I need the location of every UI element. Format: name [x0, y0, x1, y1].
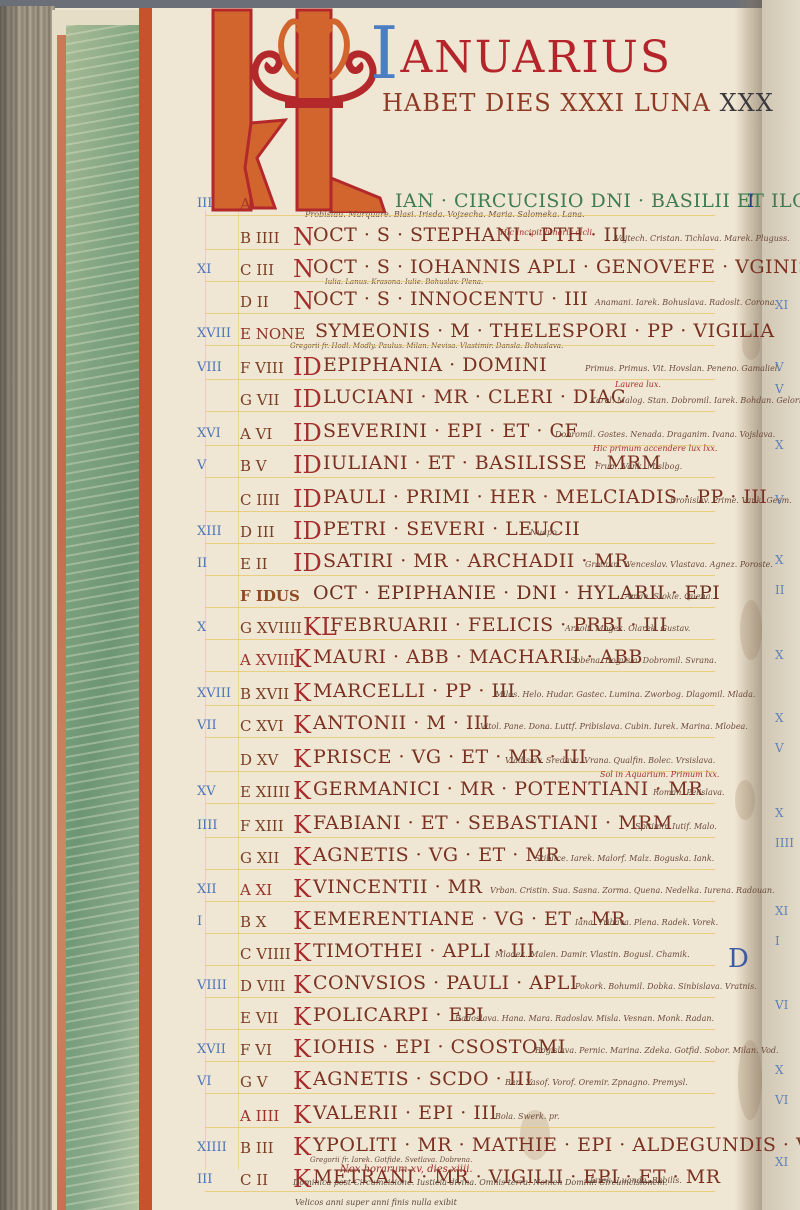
golden-number: XVII	[197, 1042, 237, 1057]
calendar-row-day-20: IIII F XIII K FABIANI · ET · SEBASTIANI …	[195, 810, 755, 840]
dominical-letter: A VI	[240, 425, 272, 443]
calendar-marker: K	[293, 1035, 311, 1063]
feast-entry: IOHIS · EPI · CSOSTOMI	[313, 1036, 566, 1058]
facing-page-numeral: V	[775, 360, 784, 374]
dominical-letter: E II	[240, 555, 268, 573]
ruling-line	[205, 1127, 715, 1128]
marginal-gloss: Gregorii fr. Iarek. Gotfide. Svetlava. D…	[310, 1156, 472, 1164]
ruling-line	[205, 671, 715, 672]
calendar-row-day-12: II E II ID SATIRI · MR · ARCHADII · MR G…	[195, 548, 755, 578]
calendar-marker: K	[293, 679, 311, 707]
facing-page-numeral: II	[775, 583, 784, 597]
calendar-row-day-2: B IIII N OCT · S · STEPHANI · PTH · III …	[195, 222, 755, 252]
facing-page-numeral: V	[775, 493, 784, 507]
calendar-marker: K	[293, 875, 311, 903]
ruling-line	[205, 901, 715, 902]
ruling-line	[205, 1191, 715, 1192]
facing-page-numeral: XI	[775, 298, 788, 312]
marginal-gloss: Vojtech. Cristan. Tichlava. Marek. Plugu…	[615, 234, 790, 243]
dominical-letter: A	[240, 195, 251, 213]
dominical-letter: D III	[240, 523, 275, 541]
dominical-letter: B III	[240, 1139, 274, 1157]
facing-page-numeral: X	[775, 553, 784, 567]
rubric-note: Laurea lux.	[615, 380, 661, 389]
facing-page-numeral: X	[775, 711, 784, 725]
marginal-gloss: Vladislav. Sredava. Vrana. Qualfin. Bole…	[505, 756, 715, 765]
facing-page-numeral: X	[775, 1063, 784, 1077]
facing-page-numeral: IIII	[775, 836, 794, 850]
marginal-gloss: Mladek. Malen. Damir. Vlastin. Bogusl. C…	[495, 950, 690, 959]
dominical-letter: D II	[240, 293, 269, 311]
calendar-row-day-29: A IIII K VALERII · EPI · III Bola. Swerk…	[195, 1100, 755, 1130]
dominical-letter: E NONE	[240, 325, 305, 343]
calendar-row-day-3: XI C III N OCT · S · IOHANNIS APLI · GEN…	[195, 254, 755, 284]
marginal-gloss: Vitol. Pane. Dona. Luttf. Pribislava. Cu…	[480, 722, 748, 731]
ruling-line	[205, 869, 715, 870]
calendar-marker: N	[293, 223, 314, 251]
dominical-letter: B X	[240, 913, 266, 931]
golden-number: VIII	[197, 360, 237, 375]
calendar-marker: ID	[293, 353, 322, 381]
dominical-letter: G V	[240, 1073, 268, 1091]
dominical-letter: A IIII	[240, 1107, 279, 1125]
calendar-marker: ID	[293, 485, 322, 513]
calendar-row-day-15: A XVIII K MAURI · ABB · MACHARII · ABB S…	[195, 644, 755, 674]
calendar-row-day-23: I B X K EMERENTIANE · VG · ET · MR Iana.…	[195, 906, 755, 936]
feast-entry: CONVSIOS · PAULI · APLI	[313, 972, 578, 994]
dominical-letter: D XV	[240, 751, 278, 769]
calendar-marker: ID	[293, 549, 322, 577]
golden-number: XVIII	[197, 326, 237, 341]
calendar-row-day-19: XV E XIIII K GERMANICI · MR · POTENTIANI…	[195, 776, 755, 806]
ruling-line	[205, 639, 715, 640]
dominical-letter: G VII	[240, 391, 279, 409]
golden-number: XV	[197, 784, 237, 799]
calendar-marker: K	[293, 1133, 311, 1161]
feast-entry: YPOLITI · MR · MATHIE · EPI · ALDEGUNDIS…	[313, 1134, 800, 1156]
dominical-letter: B V	[240, 457, 267, 475]
rubric-note: Hic primum accendere lux lxx.	[593, 444, 717, 453]
marginal-gloss: Karel. Malog. Stan. Dobromil. Iarek. Boh…	[590, 396, 800, 405]
footer-text-line: Velicos anni super anni finis nulla exib…	[295, 1198, 457, 1207]
calendar-marker: K	[293, 811, 311, 839]
dominical-letter: F XIII	[240, 817, 284, 835]
marginal-gloss: Grotaun. Wenceslav. Vlastava. Agnez. Por…	[585, 560, 773, 569]
ruling-line	[205, 411, 715, 412]
ruling-line	[205, 1061, 715, 1062]
feast-entry: OCT · S · INNOCENTU · III	[313, 288, 588, 310]
marginal-gloss: Iana. Tribava. Plena. Radek. Vorek.	[575, 918, 718, 927]
ruling-line	[205, 837, 715, 838]
marginal-gloss: Nuapo.	[530, 528, 559, 537]
calendar-marker: K	[293, 843, 311, 871]
feast-entry: SATIRI · MR · ARCHADII · MR	[323, 550, 629, 572]
dominical-letter: C IIII	[240, 491, 280, 509]
golden-number: XI	[197, 262, 237, 277]
feast-entry: VINCENTII · MR	[313, 876, 482, 898]
facing-page-numeral: V	[775, 382, 784, 396]
facing-page-numeral: I	[775, 934, 780, 948]
ruling-line	[205, 575, 715, 576]
facing-page-numeral: X	[775, 648, 784, 662]
marginal-gloss: Bronislav. Prime. Vank. Gesm.	[670, 496, 792, 505]
calendar-marker: N	[293, 255, 314, 283]
dominical-letter: F VI	[240, 1041, 272, 1059]
dominical-letter: D VIII	[240, 977, 285, 995]
calendar-marker: K	[293, 1003, 311, 1031]
facing-page-numeral: VI	[775, 1093, 788, 1107]
calendar-row-day-9: V B V ID IULIANI · ET · BASILISSE · MRM …	[195, 450, 755, 480]
calendar-row-day-16: XVIII B XVII K MARCELLI · PP · III Milos…	[195, 678, 755, 708]
marginal-gloss: Frum. Vank. Mislbog.	[595, 462, 682, 471]
calendar-row-day-24: C VIIII K TIMOTHEI · APLI · III Mladek. …	[195, 938, 755, 968]
dominical-letter: A XVIII	[240, 651, 295, 669]
ruling-line	[205, 737, 715, 738]
calendar-marker: K	[293, 1101, 311, 1129]
golden-number: VIIII	[197, 978, 237, 993]
ruling-line	[205, 313, 715, 314]
dominical-letter: B XVII	[240, 685, 289, 703]
facing-page-numeral: X	[775, 806, 784, 820]
calendar-row-day-27: XVII F VI K IOHIS · EPI · CSOSTOMI Bogis…	[195, 1034, 755, 1064]
ruling-line	[205, 705, 715, 706]
marginal-gloss: Stiblice. Iarek. Malorf. Malz. Boguska. …	[535, 854, 714, 863]
golden-number: II	[197, 556, 237, 571]
dominical-letter: C III	[240, 261, 274, 279]
feast-entry: MARCELLI · PP · III	[313, 680, 515, 702]
golden-number: VI	[197, 1074, 237, 1089]
book-edge-shadow	[0, 6, 20, 1210]
golden-number: XVI	[197, 426, 237, 441]
subtitle-text: HABET DIES XXXI LUNA	[382, 89, 711, 117]
footer-rubric-note: Nox horarum xv, dies xiiii.	[340, 1164, 473, 1175]
ruling-line	[205, 803, 715, 804]
marginal-gloss: Sobena. Bogusla. Dobromil. Svrana.	[570, 656, 717, 665]
feast-entry: SEVERINI · EPI · ET · CF	[323, 420, 578, 442]
marginal-gloss: Vrban. Cristin. Sua. Sasna. Zorma. Quena…	[490, 886, 775, 895]
ruling-line	[205, 965, 715, 966]
calendar-row-day-21: G XII K AGNETIS · VG · ET · MR Stiblice.…	[195, 842, 755, 872]
golden-number: I	[197, 914, 237, 929]
calendar-marker: ID	[293, 517, 322, 545]
golden-number: XIIII	[197, 1140, 237, 1155]
marginal-gloss: Arnolt. Mogek. Olarek. Gustav.	[565, 624, 690, 633]
golden-number: III	[197, 1172, 237, 1187]
dominical-letter: G XII	[240, 849, 279, 867]
facing-page-numeral: X	[775, 438, 784, 452]
marginal-gloss: Anamani. Iarek. Bohuslava. Radoslt. Coro…	[595, 298, 777, 307]
calendar-marker: K	[293, 711, 311, 739]
calendar-row-day-22: XII A XI K VINCENTII · MR Vrban. Cristin…	[195, 874, 755, 904]
orange-border-band	[139, 8, 152, 1210]
ruling-line	[205, 511, 715, 512]
calendar-marker: K	[293, 745, 311, 773]
calendar-marker: K	[293, 939, 311, 967]
ruling-line	[205, 607, 715, 608]
rubric-note: Sol in Aquarium. Primum lxx.	[600, 770, 719, 779]
marginal-gloss: Bola. Swerk. pr.	[495, 1112, 560, 1121]
manuscript-page: IANUARIUS HABET DIES XXXI LUNA XXX III A…	[0, 0, 800, 1210]
calendar-marker: K	[293, 1067, 311, 1095]
feast-entry: FABIANI · ET · SEBASTIANI · MRM	[313, 812, 673, 834]
feast-entry: OCT · S · STEPHANI · PTH · III	[313, 224, 628, 246]
golden-number: XIII	[197, 524, 237, 539]
ruling-line	[205, 477, 715, 478]
footer-text-line: Dominica post Circumcisione. Iusticia di…	[293, 1178, 667, 1187]
marginal-gloss: Aman. Stokle. Quena.	[625, 592, 713, 601]
calendar-row-day-28: VI G V K AGNETIS · SCDO · III Ben. Vasof…	[195, 1066, 755, 1096]
subtitle-luna-count: XXX	[720, 89, 774, 117]
golden-number: VII	[197, 718, 237, 733]
feast-entry: ANTONII · M · III	[313, 712, 490, 734]
calendar-row-day-6: VIII F VIII ID EPIPHANIA · DOMINI Primus…	[195, 352, 755, 382]
green-border-texture	[66, 25, 139, 1210]
dominical-letter: G XVIIII	[240, 619, 302, 637]
marginal-gloss: Bogislava. Pernic. Marina. Zdeka. Gotfid…	[535, 1046, 779, 1055]
feast-entry: GERMANICI · MR · POTENTIANI · MR	[313, 778, 703, 800]
calendar-marker: K	[293, 971, 311, 999]
ruling-line	[205, 1029, 715, 1030]
dominical-letter: F IDUS	[240, 587, 300, 605]
dominical-letter: F VIII	[240, 359, 284, 377]
calendar-row-day-11: XIII D III ID PETRI · SEVERI · LEUCII Nu…	[195, 516, 755, 546]
calendar-marker: ID	[293, 419, 322, 447]
calendar-marker: ID	[293, 385, 322, 413]
calendar-row-day-10: C IIII ID PAULI · PRIMI · HER · MELCIADI…	[195, 484, 755, 514]
golden-number: IIII	[197, 818, 237, 833]
title-initial-i: I	[370, 11, 400, 95]
facing-page-numeral: VI	[775, 998, 788, 1012]
calendar-row-day-5: XVIII E NONE SYMEONIS · M · THELESPORI ·…	[195, 318, 755, 348]
marginal-gloss: Ben. Vasof. Vorof. Oremir. Zpnagno. Prem…	[505, 1078, 688, 1087]
golden-number: XVIII	[197, 686, 237, 701]
feast-entry: IAN · CIRCUCISIO DNI · BASILII ET ILONIS…	[395, 190, 800, 212]
calendar-row-day-25: VIIII D VIII K CONVSIOS · PAULI · APLI P…	[195, 970, 755, 1000]
feast-entry: EPIPHANIA · DOMINI	[323, 354, 547, 376]
ruling-line	[205, 543, 715, 544]
ruling-line	[205, 281, 715, 282]
feast-entry: LUCIANI · MR · CLERI · DIAC	[323, 386, 626, 408]
golden-number: III	[197, 196, 237, 211]
dominical-letter: C VIIII	[240, 945, 291, 963]
marginal-gloss: Spitimir. Iutif. Malo.	[635, 822, 717, 831]
dominical-letter: A XI	[240, 881, 272, 899]
golden-number: X	[197, 620, 237, 635]
marginal-gloss: Milos. Helo. Hudar. Gastec. Lumina. Zwor…	[495, 690, 755, 699]
month-title: IANUARIUS	[370, 5, 672, 89]
facing-page-numeral: XI	[775, 1155, 788, 1169]
calendar-marker: N	[293, 287, 314, 315]
calendar-row-day-13: F IDUS OCT · EPIPHANIE · DNI · HYLARII ·…	[195, 580, 755, 610]
feast-entry: AGNETIS · SCDO · III	[313, 1068, 533, 1090]
marginal-gloss: Gregorii fr. Hodl. Modly. Paulus. Milan.…	[290, 342, 563, 350]
calendar-marker: K	[293, 907, 311, 935]
facing-page-numeral: V	[775, 741, 784, 755]
calendar-row-day-30: XIIII B III K YPOLITI · MR · MATHIE · EP…	[195, 1132, 755, 1162]
feast-entry: AGNETIS · VG · ET · MR	[313, 844, 560, 866]
calendar-marker: K	[293, 777, 311, 805]
marginal-gloss: Pokork. Bohumil. Dobka. Sinbislava. Vrat…	[575, 982, 757, 991]
marginal-gloss: Primus. Primus. Vit. Hovslan. Peneno. Ga…	[585, 364, 780, 373]
calendar-row-day-1: III A IAN · CIRCUCISIO DNI · BASILII ET …	[195, 188, 755, 218]
calendar-row-day-26: E VII K POLICARPI · EPI Radoslava. Hana.…	[195, 1002, 755, 1032]
facing-page-numeral: XI	[775, 904, 788, 918]
row-end-letter: I	[747, 190, 755, 212]
golden-number: V	[197, 458, 237, 473]
ruling-line	[205, 933, 715, 934]
feast-entry: VALERII · EPI · III	[313, 1102, 497, 1124]
marginal-gloss: Roman. Pelislava.	[653, 788, 725, 797]
marginal-gloss: Iulia. Lanus. Krasona. Iulie. Bohuslav. …	[325, 278, 483, 286]
feast-entry: OCT · S · IOHANNIS APLI · GENOVEFE · VGI…	[313, 256, 800, 278]
dominical-letter: E XIIII	[240, 783, 290, 801]
calendar-row-day-7: G VII ID LUCIANI · MR · CLERI · DIAC Kar…	[195, 384, 755, 414]
ruling-line	[205, 249, 715, 250]
calendar-marker: ID	[293, 451, 322, 479]
ruling-line	[205, 997, 715, 998]
ruling-line	[205, 215, 715, 216]
dominical-letter: C XVI	[240, 717, 284, 735]
title-rest: ANUARIUS	[400, 32, 672, 83]
row-end-letter-d: D	[728, 944, 749, 974]
month-subtitle: HABET DIES XXXI LUNA XXX	[382, 89, 774, 117]
calendar-row-day-4: D II N OCT · S · INNOCENTU · III Anamani…	[195, 286, 755, 316]
golden-number: XII	[197, 882, 237, 897]
dominical-letter: E VII	[240, 1009, 278, 1027]
ruling-line	[205, 345, 715, 346]
calendar-row-day-14: X G XVIIII KL FEBRUARII · FELICIS · PRBI…	[195, 612, 755, 642]
marginal-gloss: Dobromil. Gostes. Nenada. Draganim. Ivan…	[555, 430, 775, 439]
marginal-gloss: Radoslava. Hana. Mara. Radoslav. Misla. …	[455, 1014, 714, 1023]
dominical-letter: B IIII	[240, 229, 280, 247]
ruling-line	[205, 1093, 715, 1094]
facing-page-edge	[762, 0, 800, 1210]
feast-entry: SYMEONIS · M · THELESPORI · PP · VIGILIA	[315, 320, 775, 342]
calendar-marker: K	[293, 645, 311, 673]
dominical-letter: C II	[240, 1171, 268, 1189]
calendar-row-day-17: VII C XVI K ANTONII · M · III Vitol. Pan…	[195, 710, 755, 740]
